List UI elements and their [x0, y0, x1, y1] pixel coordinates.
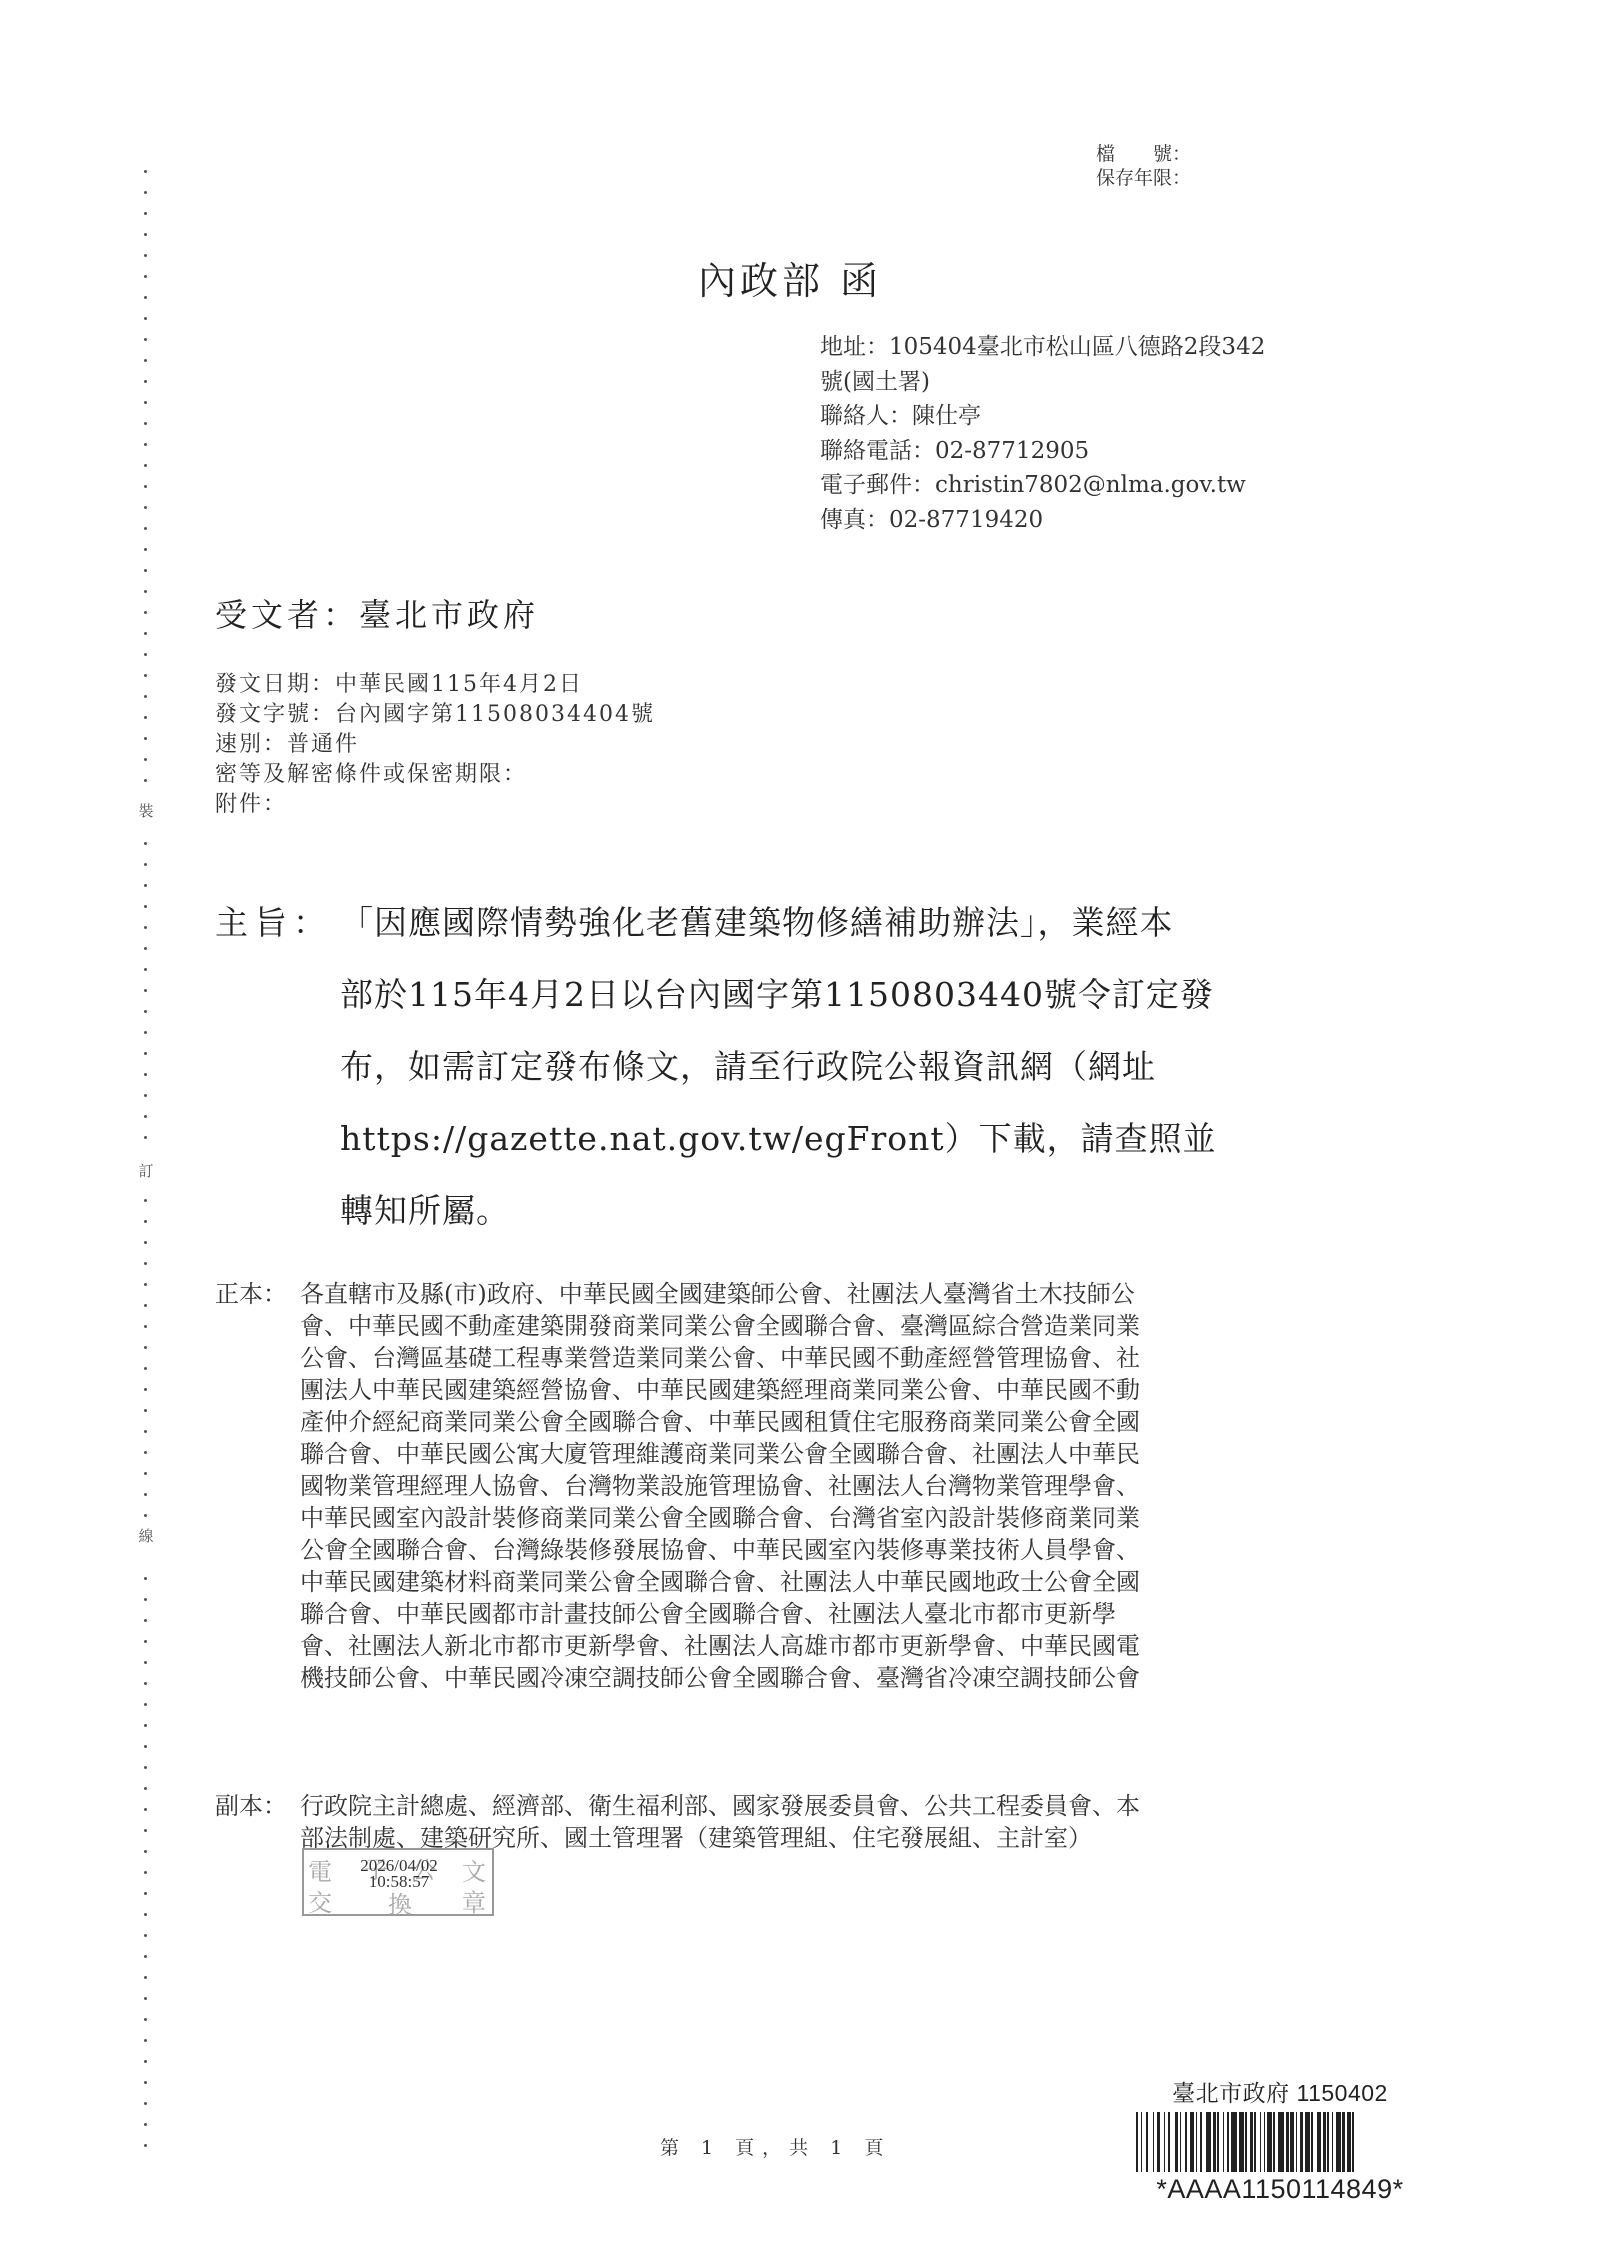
- barcode-icon: [1136, 2112, 1430, 2172]
- binding-dot: [144, 989, 147, 992]
- binding-dot: [144, 2039, 147, 2042]
- recipient-line: 國物業管理經理人協會、台灣物業設施管理協會、社團法人台灣物業管理學會、: [300, 1470, 1400, 1502]
- binding-dot: [144, 1010, 147, 1013]
- recipient-line: 行政院主計總處、經濟部、衛生福利部、國家發展委員會、公共工程委員會、本: [300, 1790, 1400, 1822]
- binding-dot: [144, 485, 147, 488]
- binding-dot: [144, 653, 147, 656]
- binding-dot: [144, 2123, 147, 2126]
- contact-block: 地址：105404臺北市松山區八德路2段342 號(國土署) 聯絡人：陳仕亭 聯…: [820, 330, 1265, 537]
- binding-dot: [144, 842, 147, 845]
- binding-dot: [144, 380, 147, 383]
- binding-dot: [144, 464, 147, 467]
- binding-dot: [144, 590, 147, 593]
- binding-dot: [144, 1367, 147, 1370]
- subject-line: 布，如需訂定發布條文，請至行政院公報資訊網（網址: [340, 1039, 1156, 1095]
- binding-label: 訂: [136, 1160, 156, 1181]
- recipient-line: 會、中華民國不動產建築開發商業同業公會全國聯合會、臺灣區綜合營造業同業: [300, 1310, 1400, 1342]
- address-line-2: 號(國土署): [820, 365, 1265, 400]
- binding-dot: [144, 695, 147, 698]
- binding-dot: [144, 1325, 147, 1328]
- file-number-label: 檔 號：: [1096, 142, 1191, 166]
- binding-dot: [144, 254, 147, 257]
- binding-dot: [144, 1136, 147, 1139]
- binding-dot: [144, 1850, 147, 1853]
- recipient-line: 產仲介經紀商業同業公會全國聯合會、中華民國租賃住宅服務商業同業公會全國: [300, 1406, 1400, 1438]
- binding-dot: [144, 1094, 147, 1097]
- binding-dot: [144, 2102, 147, 2105]
- binding-dot: [144, 1493, 147, 1496]
- binding-dot: [144, 1913, 147, 1916]
- binding-dot: [144, 569, 147, 572]
- binding-dot: [144, 338, 147, 341]
- retention-period-label: 保存年限：: [1096, 166, 1191, 190]
- binding-label: 線: [136, 1525, 156, 1546]
- recipient-line: 公會、台灣區基礎工程專業營造業同業公會、中華民國不動產經營管理協會、社: [300, 1342, 1400, 1374]
- copy-recipients-list: 行政院主計總處、經濟部、衛生福利部、國家發展委員會、公共工程委員會、本 部法制處…: [300, 1790, 1400, 1854]
- binding-dot: [144, 716, 147, 719]
- binding-dot: [144, 1388, 147, 1391]
- contact-fax: 傳真：02-87719420: [820, 503, 1265, 538]
- stamp-datetime: 2026/04/02 10:58:57: [344, 1858, 454, 1890]
- copy-recipients-label: 副本：: [215, 1790, 287, 1822]
- binding-dot: [144, 548, 147, 551]
- binding-dot: [144, 1052, 147, 1055]
- binding-dot: [144, 926, 147, 929]
- binding-dot: [144, 968, 147, 971]
- binding-dot: [144, 1808, 147, 1811]
- binding-dot: [144, 212, 147, 215]
- binding-dot: [144, 1955, 147, 1958]
- binding-dot: [144, 527, 147, 530]
- binding-dot: [144, 2144, 147, 2147]
- binding-dot: [144, 296, 147, 299]
- contact-email: 電子郵件：christin7802@nlma.gov.tw: [820, 468, 1265, 503]
- binding-dot: [144, 1892, 147, 1895]
- binding-dot: [144, 1619, 147, 1622]
- binding-dot: [144, 506, 147, 509]
- binding-dot: [144, 2018, 147, 2021]
- binding-dot: [144, 611, 147, 614]
- binding-dot: [144, 737, 147, 740]
- binding-dot: [144, 1430, 147, 1433]
- electronic-exchange-stamp: 電 子 公 文 交 換 章 2026/04/02 10:58:57: [302, 1848, 494, 1916]
- binding-dot: [144, 1073, 147, 1076]
- binding-dot: [144, 1031, 147, 1034]
- binding-dot: [144, 1514, 147, 1517]
- binding-dot: [144, 1304, 147, 1307]
- secrecy-level: 密等及解密條件或保密期限：: [215, 760, 655, 790]
- original-recipients-label: 正本：: [215, 1278, 287, 1310]
- stamp-char: 章: [462, 1883, 486, 1918]
- recipient-line: 聯合會、中華民國都市計畫技師公會全國聯合會、社團法人臺北市都市更新學: [300, 1598, 1400, 1630]
- binding-dot: [144, 1451, 147, 1454]
- binding-dot: [144, 191, 147, 194]
- stamp-char: 文: [462, 1852, 486, 1887]
- recipient-line: 各直轄市及縣(市)政府、中華民國全國建築師公會、社團法人臺灣省土木技師公: [300, 1278, 1400, 1310]
- recipient-line: 中華民國室內設計裝修商業同業公會全國聯合會、台灣省室內設計裝修商業同業: [300, 1502, 1400, 1534]
- barcode-label: 臺北市政府 1150402 *AAAA1150114849*: [1130, 2075, 1430, 2205]
- subject-line: https://gazette.nat.gov.tw/egFront）下載，請查…: [340, 1111, 1217, 1167]
- binding-dot: [144, 275, 147, 278]
- binding-dot: [144, 1997, 147, 2000]
- issue-date: 發文日期：中華民國115年4月2日: [215, 670, 655, 700]
- delivery-speed: 速別：普通件: [215, 730, 655, 760]
- barcode-receiver: 臺北市政府 1150402: [1130, 2075, 1430, 2108]
- file-meta: 檔 號： 保存年限：: [1096, 142, 1191, 190]
- address-line-1: 地址：105404臺北市松山區八德路2段342: [820, 330, 1265, 365]
- binding-dot: [144, 1703, 147, 1706]
- binding-dot: [144, 1640, 147, 1643]
- binding-dot: [144, 1598, 147, 1601]
- binding-dot: [144, 422, 147, 425]
- binding-dot: [144, 1766, 147, 1769]
- binding-dot: [144, 1577, 147, 1580]
- binding-dot: [144, 1346, 147, 1349]
- attachments: 附件：: [215, 790, 655, 820]
- original-recipients-list: 各直轄市及縣(市)政府、中華民國全國建築師公會、社團法人臺灣省土木技師公 會、中…: [300, 1278, 1400, 1694]
- binding-dot: [144, 632, 147, 635]
- binding-dot: [144, 1724, 147, 1727]
- binding-dot: [144, 170, 147, 173]
- stamp-char: 電: [308, 1852, 332, 1887]
- binding-dot: [144, 947, 147, 950]
- binding-dot: [144, 1115, 147, 1118]
- binding-dot: [144, 1283, 147, 1286]
- binding-line: 裝訂線: [136, 170, 156, 2150]
- binding-dot: [144, 1682, 147, 1685]
- recipient-line: 聯合會、中華民國公寓大廈管理維護商業同業公會全國聯合會、社團法人中華民: [300, 1438, 1400, 1470]
- stamp-char: 交: [308, 1883, 332, 1918]
- binding-label: 裝: [136, 800, 156, 821]
- binding-dot: [144, 1472, 147, 1475]
- recipient: 受文者：臺北市政府: [215, 590, 539, 636]
- barcode-number: *AAAA1150114849*: [1130, 2174, 1430, 2205]
- binding-dot: [144, 443, 147, 446]
- stamp-time: 10:58:57: [344, 1874, 454, 1890]
- document-number: 發文字號：台內國字第11508034404號: [215, 700, 655, 730]
- document-meta: 發文日期：中華民國115年4月2日 發文字號：台內國字第11508034404號…: [215, 670, 655, 820]
- binding-dot: [144, 359, 147, 362]
- binding-dot: [144, 758, 147, 761]
- binding-dot: [144, 779, 147, 782]
- recipient-line: 機技師公會、中華民國冷凍空調技師公會全國聯合會、臺灣省冷凍空調技師公會: [300, 1662, 1400, 1694]
- recipient-line: 公會全國聯合會、台灣綠裝修發展協會、中華民國室內裝修專業技術人員學會、: [300, 1534, 1400, 1566]
- subject-line: 「因應國際情勢強化老舊建築物修繕補助辦法」，業經本: [340, 895, 1174, 951]
- binding-dot: [144, 1409, 147, 1412]
- binding-dot: [144, 1829, 147, 1832]
- binding-dot: [144, 1661, 147, 1664]
- binding-dot: [144, 1241, 147, 1244]
- binding-dot: [144, 233, 147, 236]
- binding-dot: [144, 674, 147, 677]
- subject-label: 主旨：: [215, 895, 332, 951]
- binding-dot: [144, 1220, 147, 1223]
- binding-dot: [144, 317, 147, 320]
- binding-dot: [144, 905, 147, 908]
- binding-dot: [144, 863, 147, 866]
- subject-line: 部於115年4月2日以台內國字第1150803440號令訂定發: [340, 967, 1214, 1023]
- recipient-line: 會、社團法人新北市都市更新學會、社團法人高雄市都市更新學會、中華民國電: [300, 1630, 1400, 1662]
- subject-line: 轉知所屬。: [340, 1183, 510, 1239]
- binding-dot: [144, 1934, 147, 1937]
- contact-person: 聯絡人：陳仕亭: [820, 399, 1265, 434]
- binding-dot: [144, 2081, 147, 2084]
- document-title: 內政部 函: [698, 250, 882, 305]
- page-number: 第 1 頁，共 1 頁: [660, 2133, 891, 2160]
- binding-dot: [144, 1871, 147, 1874]
- binding-dot: [144, 884, 147, 887]
- binding-dot: [144, 1262, 147, 1265]
- binding-dot: [144, 2060, 147, 2063]
- binding-dot: [144, 1199, 147, 1202]
- contact-phone: 聯絡電話：02-87712905: [820, 434, 1265, 469]
- binding-dot: [144, 1976, 147, 1979]
- binding-dot: [144, 401, 147, 404]
- binding-dot: [144, 1745, 147, 1748]
- recipient-line: 中華民國建築材料商業同業公會全國聯合會、社團法人中華民國地政士公會全國: [300, 1566, 1400, 1598]
- binding-dot: [144, 1787, 147, 1790]
- recipient-line: 團法人中華民國建築經營協會、中華民國建築經理商業同業公會、中華民國不動: [300, 1374, 1400, 1406]
